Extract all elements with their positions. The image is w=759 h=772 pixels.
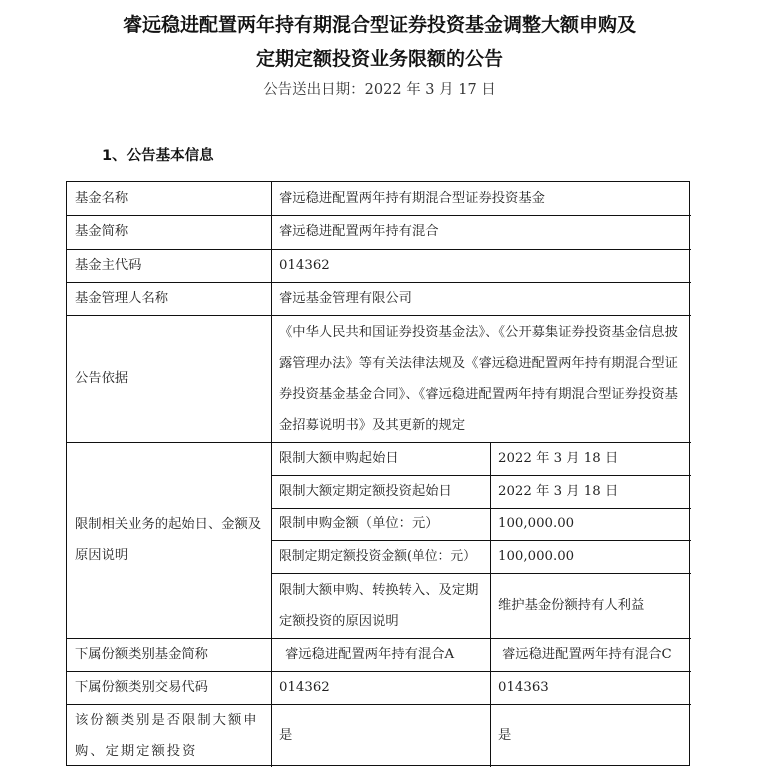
restriction-item-value: 100,000.00: [490, 508, 691, 540]
share-class-name-c: 睿远稳进配置两年持有混合C: [490, 638, 691, 671]
fund-manager-value: 睿远基金管理有限公司: [271, 282, 691, 315]
section-heading: 1、公告基本信息: [102, 144, 214, 165]
restriction-item-label: 限制申购金额（单位：元）: [271, 508, 490, 540]
restriction-item-label: 限制定期定额投资金额(单位：元）: [271, 540, 490, 573]
fund-manager-label: 基金管理人名称: [67, 282, 271, 315]
share-class-limit-a: 是: [271, 704, 490, 767]
restriction-item-value: 2022 年 3 月 18 日: [490, 475, 691, 508]
announcement-title-line2: 定期定额投资业务限额的公告: [0, 44, 759, 71]
share-class-name-label: 下属份额类别基金简称: [67, 638, 271, 671]
restriction-item-label: 限制大额申购起始日: [271, 442, 490, 475]
share-class-limit-label: 该份额类别是否限制大额申购、定期定额投资: [67, 704, 271, 767]
fund-info-table: 基金名称 睿远稳进配置两年持有期混合型证券投资基金 基金简称 睿远稳进配置两年持…: [66, 181, 690, 766]
restriction-item-value: 维护基金份额持有人利益: [490, 573, 691, 638]
restriction-item-label: 限制大额定期定额投资起始日: [271, 475, 490, 508]
fund-short-name-label: 基金简称: [67, 215, 271, 249]
fund-code-value: 014362: [271, 249, 691, 282]
announcement-title-line1: 睿远稳进配置两年持有期混合型证券投资基金调整大额申购及: [0, 10, 759, 37]
restriction-item-value: 100,000.00: [490, 540, 691, 573]
fund-short-name-value: 睿远稳进配置两年持有混合: [271, 215, 691, 249]
announcement-basis-value: 《中华人民共和国证券投资基金法》、《公开募集证券投资基金信息披露管理办法》等有关…: [271, 315, 691, 442]
share-class-code-a: 014362: [271, 671, 490, 704]
fund-code-label: 基金主代码: [67, 249, 271, 282]
fund-name-label: 基金名称: [67, 182, 271, 215]
announcement-basis-label: 公告依据: [67, 315, 271, 442]
share-class-limit-c: 是: [490, 704, 691, 767]
restriction-label: 限制相关业务的起始日、金额及原因说明: [67, 442, 271, 638]
restriction-item-value: 2022 年 3 月 18 日: [490, 442, 691, 475]
announcement-date: 公告送出日期：2022 年 3 月 17 日: [0, 78, 759, 99]
share-class-code-label: 下属份额类别交易代码: [67, 671, 271, 704]
share-class-code-c: 014363: [490, 671, 691, 704]
fund-name-value: 睿远稳进配置两年持有期混合型证券投资基金: [271, 182, 691, 215]
share-class-name-a: 睿远稳进配置两年持有混合A: [271, 638, 490, 671]
restriction-item-label: 限制大额申购、转换转入、及定期定额投资的原因说明: [271, 573, 490, 638]
